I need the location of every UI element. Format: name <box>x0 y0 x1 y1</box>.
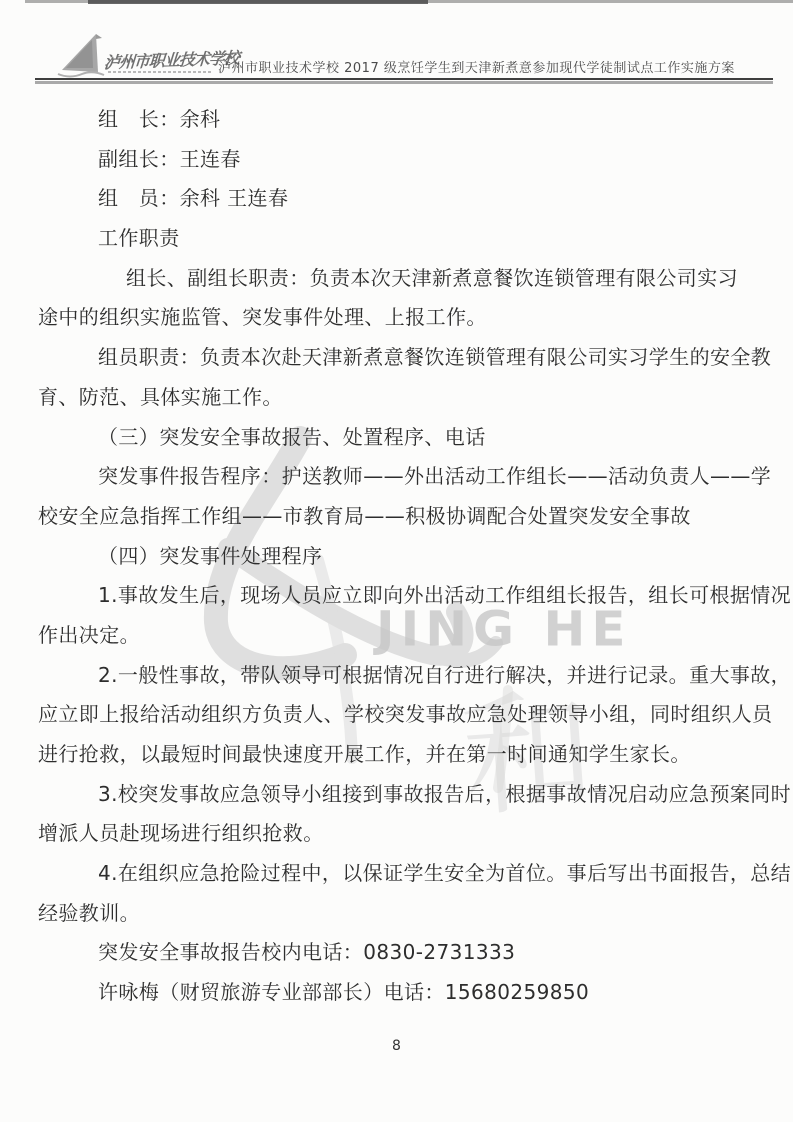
text-line: 途中的组织实施监管、突发事件处理、上报工作。 <box>38 298 778 338</box>
sailboat-icon <box>52 28 110 82</box>
page-header: 泸州市职业技术学校 泸州市职业技术学校 2017 级烹饪学生到天津新煮意参加现代… <box>0 0 793 90</box>
text-line: 增派人员赴现场进行组织抢救。 <box>38 814 778 854</box>
logo-subtext-line <box>108 71 213 73</box>
text-line: 校安全应急指挥工作组——市教育局——积极协调配合处置突发安全事故 <box>38 497 778 537</box>
text-line: 组长、副组长职责：负责本次天津新煮意餐饮连锁管理有限公司实习 <box>38 259 778 299</box>
text-line: （四）突发事件处理程序 <box>38 537 778 577</box>
school-logo-name: 泸州市职业技术学校 <box>103 46 225 73</box>
text-line: 组员职责：负责本次赴天津新煮意餐饮连锁管理有限公司实习学生的安全教 <box>38 338 778 378</box>
text-line: 突发事件报告程序：护送教师——外出活动工作组长——活动负责人——学 <box>38 457 778 497</box>
text-line: 副组长：王连春 <box>38 140 778 180</box>
text-line: 进行抢救，以最短时间最快速度开展工作，并在第一时间通知学生家长。 <box>38 735 778 775</box>
text-line: 经验教训。 <box>38 894 778 934</box>
text-line: （三）突发安全事故报告、处置程序、电话 <box>38 418 778 458</box>
text-line: 突发安全事故报告校内电话：0830-2731333 <box>38 933 778 973</box>
document-body: 组 长：余科副组长：王连春组 员：余科 王连春工作职责组长、副组长职责：负责本次… <box>38 100 778 1013</box>
text-line: 组 员：余科 王连春 <box>38 179 778 219</box>
text-line: 工作职责 <box>38 219 778 259</box>
text-line: 2.一般性事故，带队领导可根据情况自行进行解决，并进行记录。重大事故， <box>38 656 778 696</box>
text-line: 应立即上报给活动组织方负责人、学校突发事故应急处理领导小组，同时组织人员 <box>38 695 778 735</box>
document-page: JING HE 和 泸州市职业技术学校 泸州市职业技术学校 2017 级烹饪学生… <box>0 0 793 1122</box>
school-logo: 泸州市职业技术学校 <box>48 26 223 82</box>
header-divider <box>35 78 773 84</box>
text-line: 育、防范、具体实施工作。 <box>38 378 778 418</box>
text-line: 4.在组织应急抢险过程中，以保证学生安全为首位。事后写出书面报告，总结 <box>38 854 778 894</box>
document-header-title: 泸州市职业技术学校 2017 级烹饪学生到天津新煮意参加现代学徒制试点工作实施方… <box>218 57 778 76</box>
text-line: 作出决定。 <box>38 616 778 656</box>
text-line: 许咏梅（财贸旅游专业部部长）电话：15680259850 <box>38 973 778 1013</box>
text-line: 组 长：余科 <box>38 100 778 140</box>
text-line: 3.校突发事故应急领导小组接到事故报告后，根据事故情况启动应急预案同时 <box>38 775 778 815</box>
page-number: 8 <box>0 1038 793 1054</box>
text-line: 1.事故发生后，现场人员应立即向外出活动工作组组长报告，组长可根据情况 <box>38 576 778 616</box>
